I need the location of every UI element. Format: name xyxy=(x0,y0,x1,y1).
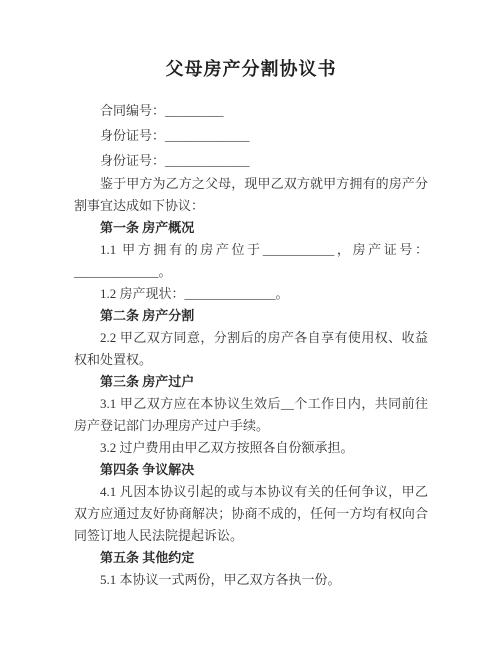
section-heading-1: 第一条 房产概况 xyxy=(74,217,428,239)
id-number-blank-2: _____________ xyxy=(165,153,250,168)
contract-number-label: 合同编号： xyxy=(100,103,165,118)
id-number-label-2: 身份证号： xyxy=(100,153,165,168)
clause-3-1: 3.1 甲乙双方应在本协议生效后__个工作日内，共同前往房产登记部门办理房产过户… xyxy=(74,393,428,437)
section-property-division: 第二条 房产分割 2.2 甲乙双方同意，分割后的房产各自享有使用权、收益权和处置… xyxy=(74,305,428,371)
section-heading-4: 第四条 争议解决 xyxy=(74,459,428,481)
section-heading-2: 第二条 房产分割 xyxy=(74,305,428,327)
document-title: 父母房产分割协议书 xyxy=(74,56,428,82)
clause-5-1: 5.1 本协议一式两份，甲乙双方各执一份。 xyxy=(74,569,428,591)
section-property-overview: 第一条 房产概况 1.1 甲方拥有的房产位于___________，房产证号：_… xyxy=(74,217,428,305)
document-page: 父母房产分割协议书 合同编号：_________ 身份证号：__________… xyxy=(0,0,500,647)
section-property-transfer: 第三条 房产过户 3.1 甲乙双方应在本协议生效后__个工作日内，共同前往房产登… xyxy=(74,371,428,459)
clause-4-1: 4.1 凡因本协议引起的或与本协议有关的任何争议，甲乙双方应通过友好协商解决；协… xyxy=(74,481,428,547)
clause-2-2: 2.2 甲乙双方同意，分割后的房产各自享有使用权、收益权和处置权。 xyxy=(74,327,428,371)
clause-1-1: 1.1 甲方拥有的房产位于___________，房产证号：__________… xyxy=(74,239,428,283)
preamble: 鉴于甲方为乙方之父母，现甲乙双方就甲方拥有的房产分割事宜达成如下协议： xyxy=(74,173,428,217)
contract-number-blank: _________ xyxy=(165,103,224,118)
meta-fields: 合同编号：_________ 身份证号：_____________ 身份证号：_… xyxy=(74,98,428,173)
section-dispute-resolution: 第四条 争议解决 4.1 凡因本协议引起的或与本协议有关的任何争议，甲乙双方应通… xyxy=(74,459,428,547)
id-number-blank-1: _____________ xyxy=(165,128,250,143)
id-number-field-1: 身份证号：_____________ xyxy=(74,123,428,148)
document-body: 第一条 房产概况 1.1 甲方拥有的房产位于___________，房产证号：_… xyxy=(74,217,428,591)
section-other-provisions: 第五条 其他约定 5.1 本协议一式两份，甲乙双方各执一份。 xyxy=(74,547,428,591)
section-heading-3: 第三条 房产过户 xyxy=(74,371,428,393)
section-heading-5: 第五条 其他约定 xyxy=(74,547,428,569)
clause-1-2: 1.2 房产现状：______________。 xyxy=(74,283,428,305)
contract-number-field: 合同编号：_________ xyxy=(74,98,428,123)
id-number-label-1: 身份证号： xyxy=(100,128,165,143)
clause-3-2: 3.2 过户费用由甲乙双方按照各自份额承担。 xyxy=(74,437,428,459)
id-number-field-2: 身份证号：_____________ xyxy=(74,148,428,173)
